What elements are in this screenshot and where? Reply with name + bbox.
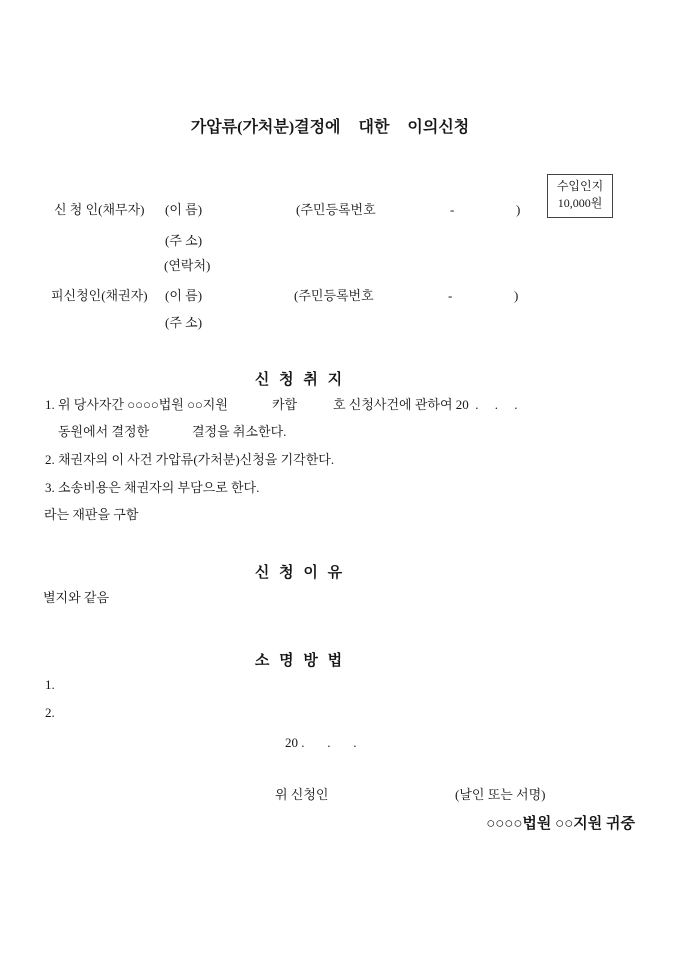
respondent-role-label: 피신청인(채권자) xyxy=(51,288,148,304)
applicant-rrn-label: (주민등록번호 xyxy=(296,202,376,218)
purpose-line2-right: 결정을 취소한다. xyxy=(192,424,286,440)
evidence-item-1: 1. xyxy=(45,677,55,693)
purpose-line1-right: 호 신청사건에 관하여 20 . . . xyxy=(333,397,518,413)
purpose-line2-left: 동원에서 결정한 xyxy=(58,424,149,440)
reason-body: 별지와 같음 xyxy=(43,590,109,606)
signer-label: 위 신청인 xyxy=(275,787,328,803)
stamp-label: 수입인지 xyxy=(548,178,612,195)
document-page: 가압류(가처분)결정에 대한 이의신청 수입인지 10,000원 신 청 인(채… xyxy=(0,0,680,962)
addressed-court: ○○○○법원 ○○지원 귀중 xyxy=(486,812,635,833)
evidence-item-2: 2. xyxy=(45,705,55,721)
reason-heading: 신 청 이 유 xyxy=(0,561,600,582)
purpose-closing: 라는 재판을 구함 xyxy=(44,507,138,523)
applicant-address-label: (주 소) xyxy=(165,233,202,249)
purpose-item2: 2. 채권자의 이 사건 가압류(가처분)신청을 기각한다. xyxy=(45,452,334,468)
respondent-address-label: (주 소) xyxy=(165,315,202,331)
purpose-line1-left: 1. 위 당사자간 ○○○○법원 ○○지원 xyxy=(45,397,228,413)
revenue-stamp-box: 수입인지 10,000원 xyxy=(547,174,613,218)
applicant-name-label: (이 름) xyxy=(165,202,202,218)
purpose-heading: 신 청 취 지 xyxy=(0,368,600,389)
purpose-item3: 3. 소송비용은 채권자의 부담으로 한다. xyxy=(45,480,259,496)
evidence-heading: 소 명 방 법 xyxy=(0,649,600,670)
stamp-amount: 10,000원 xyxy=(548,195,612,212)
seal-or-signature-note: (날인 또는 서명) xyxy=(455,787,546,803)
date-line: 20 . . . xyxy=(285,735,357,751)
respondent-rrn-label: (주민등록번호 xyxy=(294,288,374,304)
applicant-rrn-dash: - xyxy=(450,202,454,218)
respondent-rrn-dash: - xyxy=(448,288,452,304)
applicant-rrn-close: ) xyxy=(516,202,520,218)
applicant-role-label: 신 청 인(채무자) xyxy=(54,202,145,218)
document-title: 가압류(가처분)결정에 대한 이의신청 xyxy=(0,114,660,137)
applicant-contact-label: (연락처) xyxy=(164,258,210,274)
purpose-line1-case-type: 카합 xyxy=(272,397,297,413)
respondent-rrn-close: ) xyxy=(514,288,518,304)
respondent-name-label: (이 름) xyxy=(165,288,202,304)
